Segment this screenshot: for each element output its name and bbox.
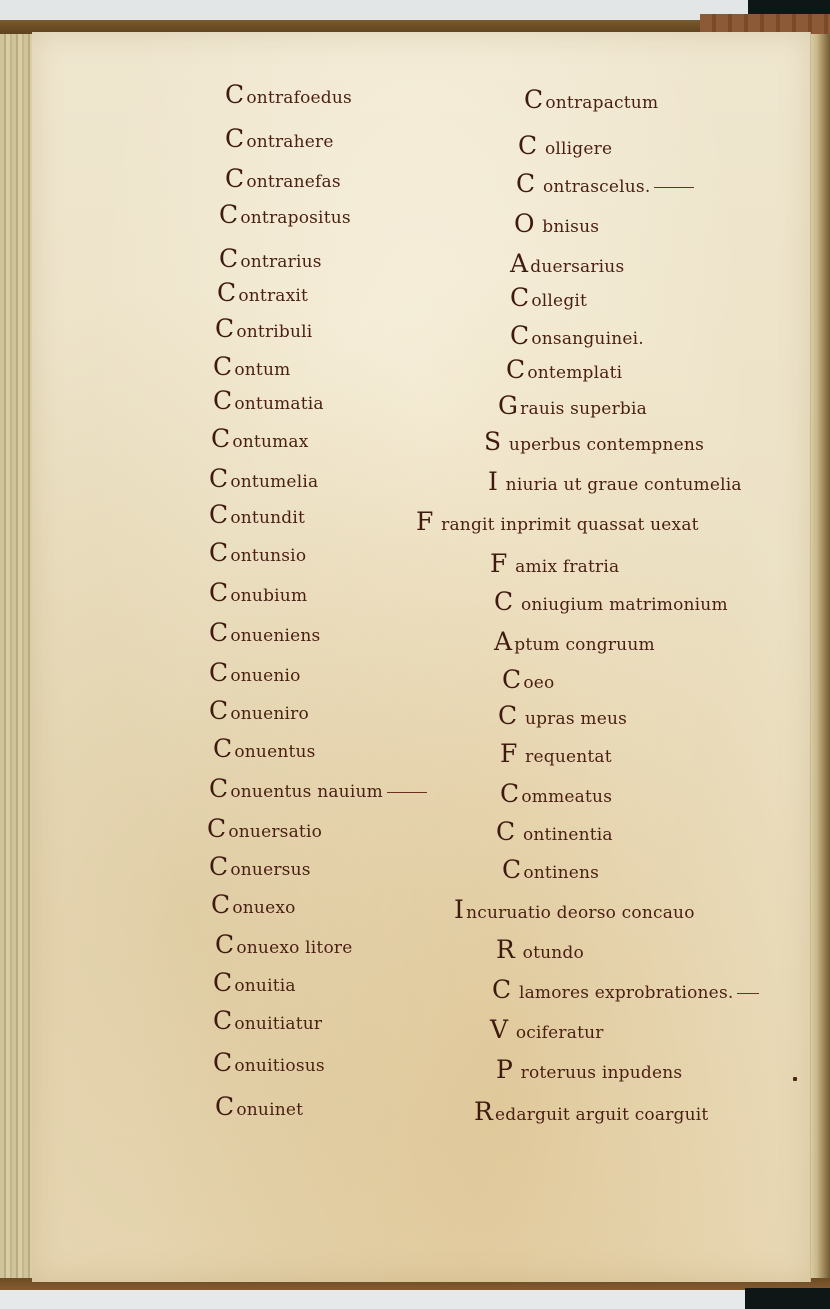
gloss-entry: C olligere bbox=[518, 131, 612, 160]
gloss-entry: Contrahere bbox=[225, 124, 334, 153]
gloss-entry: Conubium bbox=[209, 578, 307, 607]
gloss-entry: Contemplati bbox=[506, 355, 622, 384]
gloss-entry: C ontinentia bbox=[496, 817, 613, 846]
gloss-entry: Contrarius bbox=[219, 244, 322, 273]
gloss-entry: Contrafoedus bbox=[225, 80, 352, 109]
scan-background-bottom bbox=[0, 1290, 750, 1309]
gloss-entry: V ociferatur bbox=[490, 1015, 604, 1044]
gloss-entry: Contundit bbox=[209, 500, 305, 529]
gloss-entry: C oniugium matrimonium bbox=[494, 587, 728, 616]
scan-background-top bbox=[0, 0, 750, 22]
page-stack-right-edge bbox=[808, 34, 830, 1284]
gloss-entry: C ontrascelus. bbox=[516, 169, 694, 198]
gloss-entry: Contranefas bbox=[225, 164, 341, 193]
gloss-entry: Contumax bbox=[211, 424, 309, 453]
gloss-entry: Conuersatio bbox=[207, 814, 322, 843]
gloss-entry: Continens bbox=[502, 855, 599, 884]
gloss-entry: Conuitiosus bbox=[213, 1048, 325, 1077]
gloss-entry: Conuentus bbox=[213, 734, 316, 763]
gloss-entry: Grauis superbia bbox=[498, 391, 647, 420]
gloss-entry: Conuenio bbox=[209, 658, 301, 687]
ink-dot-mark bbox=[793, 1077, 797, 1081]
gloss-entry: Consanguinei. bbox=[510, 321, 644, 350]
gloss-entry: Conuinet bbox=[215, 1092, 303, 1121]
line-filler-stroke bbox=[654, 187, 694, 188]
gloss-entry: Coeo bbox=[502, 665, 554, 694]
gloss-entry: F requentat bbox=[500, 739, 612, 768]
gloss-entry: Aduersarius bbox=[510, 249, 624, 278]
gloss-entry: C lamores exprobrationes. bbox=[492, 975, 759, 1004]
gloss-entry: Incuruatio deorso concauo bbox=[454, 895, 695, 924]
gloss-entry: Conuexo litore bbox=[215, 930, 353, 959]
page-stack-left-edge bbox=[0, 34, 34, 1284]
gloss-entry: Conueniro bbox=[209, 696, 309, 725]
gloss-entry: Contum bbox=[213, 352, 290, 381]
gloss-entry: F amix fratria bbox=[490, 549, 619, 578]
gloss-entry: Contraxit bbox=[217, 278, 308, 307]
gloss-entry: Commeatus bbox=[500, 779, 612, 808]
gloss-entry: Collegit bbox=[510, 283, 587, 312]
gloss-entry: Contumelia bbox=[209, 464, 318, 493]
gloss-entry: Conuitia bbox=[213, 968, 296, 997]
gloss-entry: Conuentus nauium bbox=[209, 774, 427, 803]
gloss-entry: S uperbus contempnens bbox=[484, 427, 704, 456]
gloss-entry: Conuersus bbox=[209, 852, 311, 881]
gloss-entry: Contumatia bbox=[213, 386, 324, 415]
gloss-entry: Conuexo bbox=[211, 890, 296, 919]
gloss-entry: R otundo bbox=[496, 935, 584, 964]
gloss-entry: F rangit inprimit quassat uexat bbox=[416, 507, 699, 536]
gloss-entry: O bnisus bbox=[514, 209, 599, 238]
line-filler-stroke bbox=[737, 993, 759, 994]
gloss-entry: Contribuli bbox=[215, 314, 312, 343]
gloss-entry: Conuitiatur bbox=[213, 1006, 322, 1035]
gloss-entry: Redarguit arguit coarguit bbox=[474, 1097, 708, 1126]
gloss-entry: Contrapactum bbox=[524, 85, 658, 114]
gloss-entry: C upras meus bbox=[498, 701, 627, 730]
gloss-entry: Aptum congruum bbox=[494, 627, 655, 656]
gloss-entry: I niuria ut graue contumelia bbox=[488, 467, 742, 496]
manuscript-folio bbox=[32, 32, 811, 1282]
scan-background-dark-corner-bottom bbox=[745, 1288, 830, 1309]
gloss-entry: P roteruus inpudens bbox=[496, 1055, 682, 1084]
gloss-entry: Conueniens bbox=[209, 618, 320, 647]
gloss-entry: Contrapositus bbox=[219, 200, 351, 229]
gloss-entry: Contunsio bbox=[209, 538, 306, 567]
line-filler-stroke bbox=[387, 792, 427, 793]
